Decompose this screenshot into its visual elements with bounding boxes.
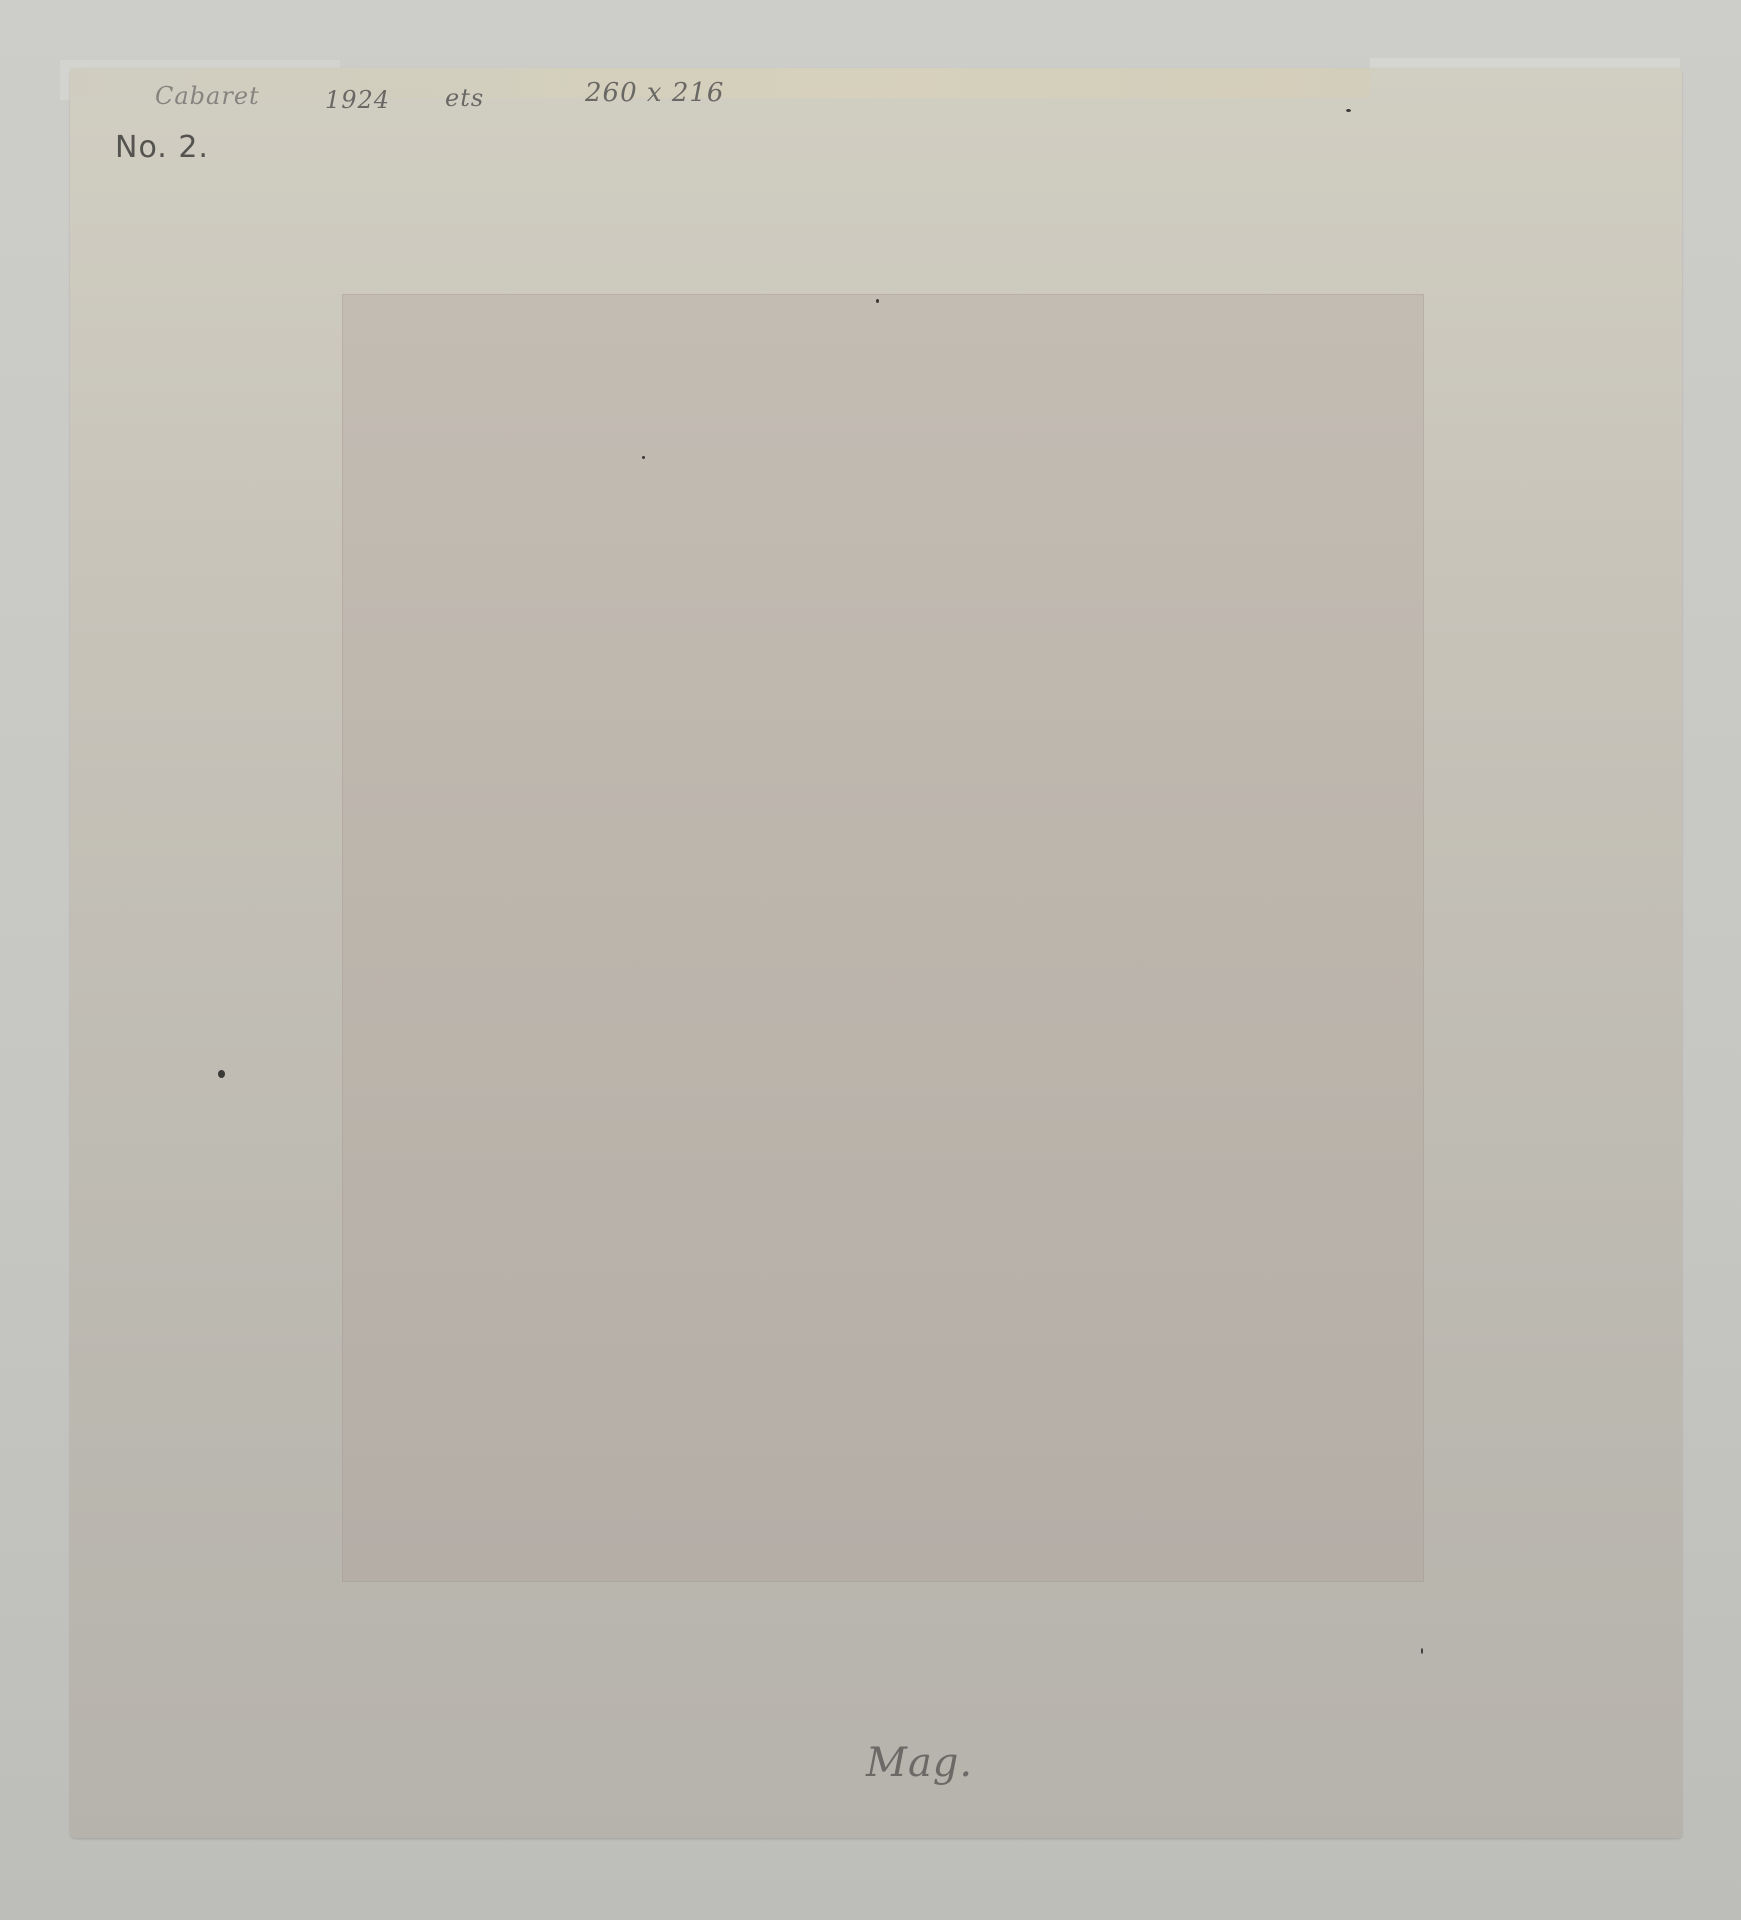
annotation-title: Cabaret	[155, 82, 260, 110]
annotation-technique: ets	[445, 84, 484, 112]
annotation-dimensions: 260 x 216	[585, 78, 724, 108]
paper-speck	[876, 299, 879, 303]
paper-speck	[642, 456, 645, 459]
paper-speck	[1346, 109, 1351, 112]
annotation-bottom-note: Mag.	[866, 1740, 973, 1786]
paper-speck	[218, 1070, 225, 1078]
annotation-number: No. 2.	[115, 130, 209, 165]
annotation-year: 1924	[325, 86, 390, 114]
paper-speck	[1421, 1648, 1423, 1654]
plate-mark-area	[342, 294, 1424, 1582]
